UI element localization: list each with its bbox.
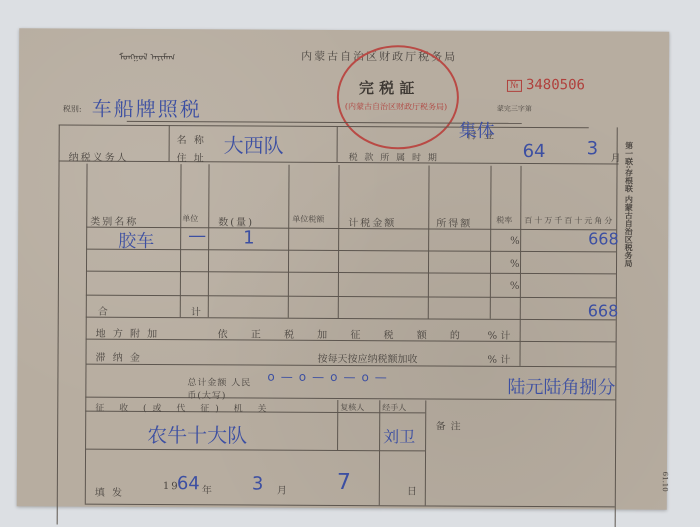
name-label: 名 称: [177, 131, 206, 146]
col-header-unit: 单位: [182, 213, 198, 224]
divider: [337, 126, 338, 162]
row2-rate: %: [510, 259, 520, 270]
digit-header: 百: [524, 215, 534, 226]
address-label: 住 址: [177, 149, 206, 164]
taxpayer-name-value: 大西队: [224, 129, 284, 158]
form-code: 蒙完三字第: [497, 104, 532, 114]
tax-period-label: 税 款 所 属 时 期: [349, 150, 439, 163]
late-fee-suffix: % 计: [487, 351, 510, 366]
total-words-strike: o—o—o—o—: [267, 370, 392, 385]
mongolian-header-script: ᠮᠣᠩᠭᠣᠯ ᠠᠶᠢᠮᠠᠭ: [119, 47, 175, 87]
col-header-income: 所得额: [436, 214, 472, 229]
divider: [379, 400, 381, 505]
issue-date-day-label: 日: [407, 482, 419, 497]
col-header-quantity: 数(量): [218, 213, 254, 228]
copy-designation-note: 第一联:存根联 内蒙古自治区税务局: [624, 141, 636, 267]
divider: [85, 504, 615, 508]
divider: [337, 400, 338, 450]
issue-date-year-label: 年: [202, 481, 214, 496]
digit-header: 千: [554, 215, 564, 226]
issue-date-day: 7: [337, 470, 351, 495]
reviewer-label: 复核人: [340, 402, 364, 413]
row3-rate: %: [510, 281, 520, 292]
digit-header: 分: [604, 215, 614, 226]
tax-receipt-document: 内蒙古自治区财政厅税务局 ᠮᠣᠩᠭᠣᠯ ᠠᠶᠢᠮᠠᠭ 完 税 証 (内蒙古自治区…: [17, 28, 669, 509]
digit-header: 元: [584, 215, 594, 226]
issue-date-month: 3: [252, 474, 264, 495]
issue-date-label: 填 发: [95, 484, 124, 499]
issue-date-month-label: 月: [277, 482, 289, 497]
total-words-label: 总计金额 人民币(大写): [187, 375, 257, 401]
official-seal-stamp: 完 税 証 (内蒙古自治区财政厅税务局): [337, 45, 460, 150]
col-header-tax-rate: 税率: [496, 215, 512, 226]
row1-amount: 668: [588, 229, 619, 248]
handler-label: 经手人: [382, 402, 406, 413]
serial-number: 3480506: [526, 77, 585, 93]
collector-value: 农牛十大队: [147, 419, 247, 449]
digit-header: 十: [534, 215, 544, 226]
local-surcharge-text: 依 正 税 加 征 税 额 的: [218, 325, 470, 341]
local-surcharge-label: 地 方 附 加: [96, 325, 160, 340]
divider: [86, 249, 616, 253]
tax-type-value: 车船牌照税: [92, 93, 202, 123]
tax-period-year: 64: [523, 141, 546, 162]
divider: [57, 125, 60, 525]
late-fee-label: 滞 纳 金: [96, 349, 142, 364]
digit-header: 角: [594, 215, 604, 226]
col-header-unit-tax: 单位税额: [292, 214, 324, 225]
divider: [85, 164, 88, 504]
late-fee-text: 按每天按应纳税额加收: [317, 350, 417, 366]
industry-value: 集体: [459, 117, 495, 143]
remarks-label: 备 注: [431, 420, 461, 508]
row1-rate: %: [510, 236, 520, 247]
print-code: 61.10: [661, 472, 669, 492]
divider: [59, 125, 589, 129]
divider: [519, 166, 521, 366]
total-words-value: 陆元陆角捌分: [507, 373, 615, 400]
serial-prefix: №: [507, 80, 522, 92]
form-subtitle: (内蒙古自治区财政厅税务局): [345, 101, 447, 113]
digit-header: 万: [544, 215, 554, 226]
col-header-category: 类别名称: [90, 213, 138, 228]
tax-type-label: 税别:: [63, 104, 82, 115]
collector-label: 征 收 (或 代 征) 机 关: [95, 401, 272, 415]
col-header-taxable-amount: 计税金额: [348, 214, 396, 229]
row1-category: 胶车: [118, 227, 154, 253]
taxpayer-section-label: 纳税义务人: [69, 149, 129, 164]
row1-quantity: 1: [243, 227, 255, 248]
divider: [615, 127, 618, 527]
tax-period-month: 3: [587, 138, 599, 159]
divider: [425, 400, 427, 505]
divider: [169, 125, 170, 161]
issue-date-year: 64: [177, 473, 200, 494]
total-amount: 668: [588, 301, 619, 320]
total-label: 合 计: [98, 303, 241, 319]
digit-header: 十: [574, 215, 584, 226]
row1-unit: —: [188, 225, 206, 246]
divider: [85, 449, 425, 452]
divider: [86, 271, 616, 275]
divider: [86, 295, 616, 299]
amount-digit-headers: 百 十 万 千 百 十 元 角 分: [524, 215, 614, 226]
handler-value: 刘卫: [383, 424, 415, 447]
local-surcharge-suffix: % 计: [488, 327, 511, 342]
digit-header: 百: [564, 215, 574, 226]
form-title: 完 税 証: [359, 77, 415, 98]
